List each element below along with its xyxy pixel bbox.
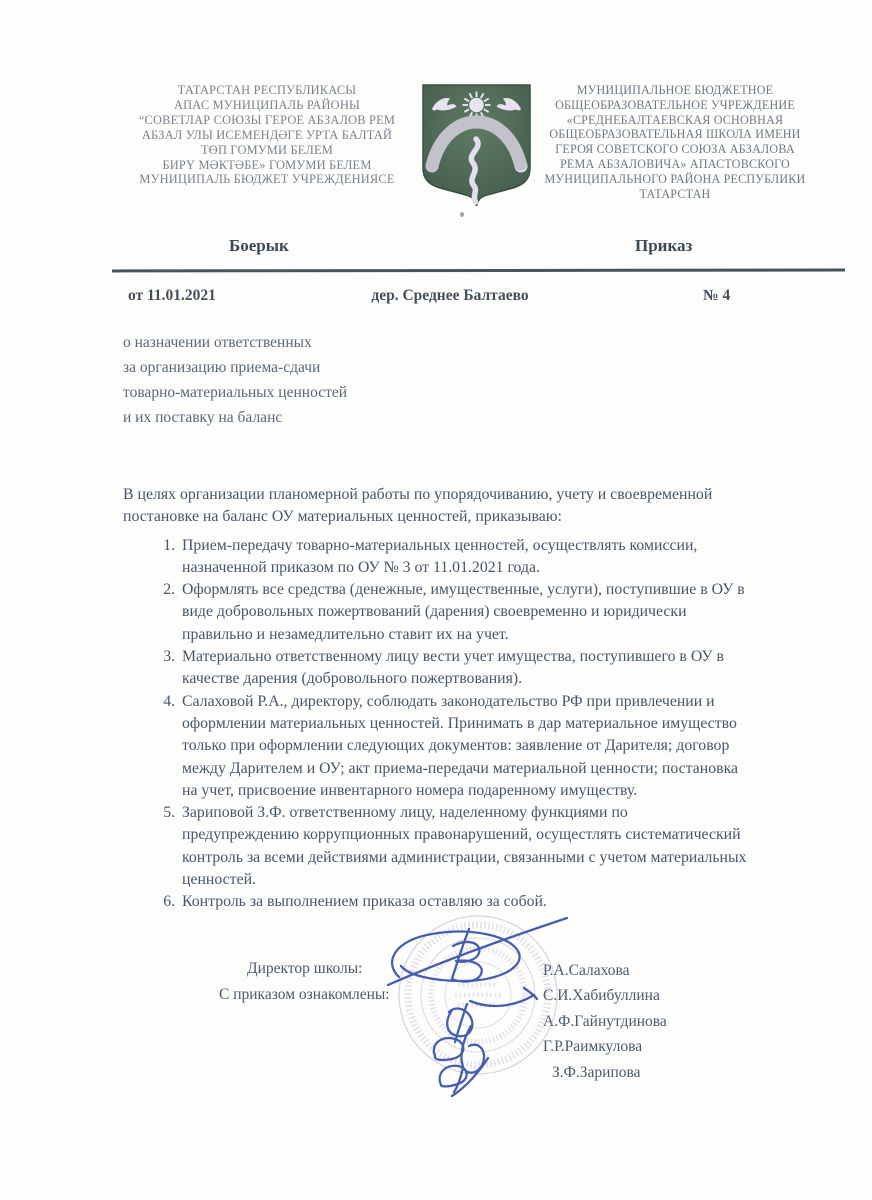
- signee-name: З.Ф.Зарипова: [552, 1060, 667, 1085]
- signature-label-director: Директор школы:: [247, 960, 362, 978]
- org-right-line: «СРЕДНЕБАЛТАЕВСКАЯ ОСНОВНАЯ: [530, 113, 820, 128]
- title-boeryk: Боерык: [229, 236, 289, 256]
- org-right-line: МУНИЦИПАЛЬНОЕ БЮДЖЕТНОЕ: [530, 83, 820, 98]
- signature-5: [440, 1058, 488, 1096]
- item-line: виде добровольных пожертвований (дарения…: [182, 601, 805, 623]
- item-line: назначенной приказом по ОУ № 3 от 11.01.…: [182, 557, 805, 579]
- org-left-line: МУНИЦИПАЛЬ БЮДЖЕТ УЧРЕЖДЕНИЯСЕ: [106, 172, 428, 187]
- org-name-tatar: ТАТАРСТАН РЕСПУБЛИКАСЫ АПАС МУНИЦИПАЛЬ Р…: [106, 83, 428, 187]
- item-line: Контроль за выполнением приказа оставляю…: [182, 891, 805, 913]
- item-line: Оформлять все средства (денежные, имущес…: [182, 579, 805, 601]
- subject-line: за организацию приема-сдачи: [123, 355, 347, 380]
- signee-name: С.И.Хабибуллина: [543, 983, 667, 1008]
- signee-name: Г.Р.Раимкулова: [543, 1034, 667, 1059]
- item-line: оформлении материальных ценностей. Прини…: [182, 713, 805, 735]
- intro-line: В целях организации планомерной работы п…: [123, 484, 805, 506]
- item-line: Салаховой Р.А., директору, соблюдать зак…: [182, 691, 805, 713]
- item-line: Зариповой З.Ф. ответственному лицу, наде…: [182, 802, 805, 824]
- order-item: Салаховой Р.А., директору, соблюдать зак…: [179, 691, 805, 802]
- ink-speck: [460, 212, 464, 217]
- org-left-line: ТӨП ГОМУМИ БЕЛЕМ: [106, 143, 428, 158]
- order-item: Оформлять все средства (денежные, имущес…: [179, 579, 805, 646]
- item-line: Материально ответственному лицу вести уч…: [182, 646, 805, 668]
- signee-name: Р.А.Салахова: [543, 958, 667, 983]
- org-left-line: “СОВЕТЛАР СОЮЗЫ ГЕРОЕ АБЗАЛОВ РЕМ: [106, 113, 428, 128]
- item-line: контроль за всеми действиями администрац…: [182, 847, 805, 869]
- order-subject: о назначении ответственных за организаци…: [123, 330, 347, 430]
- item-line: Прием-передачу товарно-материальных ценн…: [182, 535, 805, 557]
- org-right-line: ГЕРОЯ СОВЕТСКОГО СОЮЗА АБЗАЛОВА: [530, 142, 820, 157]
- item-line: качестве дарения (добровольного пожертво…: [182, 668, 805, 690]
- order-body: В целях организации планомерной работы п…: [123, 484, 805, 914]
- signee-names: Р.А.Салахова С.И.Хабибуллина А.Ф.Гайнутд…: [543, 958, 667, 1085]
- coat-of-arms-icon: [420, 82, 533, 209]
- subject-line: и их поставку на баланс: [123, 405, 347, 430]
- org-name-russian: МУНИЦИПАЛЬНОЕ БЮДЖЕТНОЕ ОБЩЕОБРАЗОВАТЕЛЬ…: [530, 83, 820, 201]
- signature-3: [447, 1004, 472, 1042]
- order-place: дер. Среднее Балтаево: [340, 287, 560, 305]
- subject-line: товарно-материальных ценностей: [123, 380, 347, 405]
- round-stamp: [399, 916, 557, 1074]
- intro-line: постановке на баланс ОУ материальных цен…: [123, 506, 805, 528]
- org-left-line: АПАС МУНИЦИПАЛЬ РАЙОНЫ: [106, 98, 428, 113]
- order-item: Контроль за выполнением приказа оставляю…: [179, 891, 805, 913]
- org-left-line: ТАТАРСТАН РЕСПУБЛИКАСЫ: [106, 83, 428, 98]
- ink-signatures: [388, 918, 567, 1096]
- item-line: правильно и незамедлительно ставит их на…: [182, 624, 805, 646]
- divider-line: [112, 269, 845, 272]
- item-line: на учет, присвоение инвентарного номера …: [182, 780, 805, 802]
- signee-name: А.Ф.Гайнутдинова: [543, 1009, 667, 1034]
- subject-line: о назначении ответственных: [123, 330, 347, 355]
- signature-4: [434, 1026, 484, 1092]
- item-line: только при оформлении следующих документ…: [182, 735, 805, 757]
- order-list: Прием-передачу товарно-материальных ценн…: [123, 535, 805, 914]
- order-item: Прием-передачу товарно-материальных ценн…: [179, 535, 805, 580]
- org-right-line: МУНИЦИПАЛЬНОГО РАЙОНА РЕСПУБЛИКИ: [530, 172, 820, 187]
- org-right-line: РЕМА АБЗАЛОВИЧА» АПАСТОВСКОГО: [530, 157, 820, 172]
- org-right-line: ТАТАРСТАН: [530, 187, 820, 202]
- scanned-order-document: ТАТАРСТАН РЕСПУБЛИКАСЫ АПАС МУНИЦИПАЛЬ Р…: [0, 0, 872, 1200]
- intro-paragraph: В целях организации планомерной работы п…: [123, 484, 805, 529]
- item-line: между Дарителем и ОУ; акт приема-передач…: [182, 758, 805, 780]
- org-left-line: БИРҮ МӘКТӘБЕ» ГОМУМИ БЕЛЕМ: [106, 158, 428, 173]
- order-item: Зариповой З.Ф. ответственному лицу, наде…: [179, 802, 805, 891]
- signature-label-acknowledged: С приказом ознакомлены:: [219, 986, 390, 1004]
- org-right-line: ОБЩЕОБРАЗОВАТЕЛЬНОЕ УЧРЕЖДЕНИЕ: [530, 98, 820, 113]
- order-number: № 4: [703, 287, 730, 305]
- org-right-line: ОБЩЕОБРАЗОВАТЕЛЬНАЯ ШКОЛА ИМЕНИ: [530, 127, 820, 142]
- title-prikaz: Приказ: [635, 236, 692, 256]
- signature-2: [470, 988, 537, 1006]
- item-line: предупреждению коррупционных правонаруше…: [182, 824, 805, 846]
- order-item: Материально ответственному лицу вести уч…: [179, 646, 805, 691]
- org-left-line: АБЗАЛ УЛЫ ИСЕМЕНДӘГЕ УРТА БАЛТАЙ: [106, 128, 428, 143]
- item-line: ценностей.: [182, 869, 805, 891]
- director-signature: [388, 918, 567, 985]
- order-date: от 11.01.2021: [128, 287, 216, 305]
